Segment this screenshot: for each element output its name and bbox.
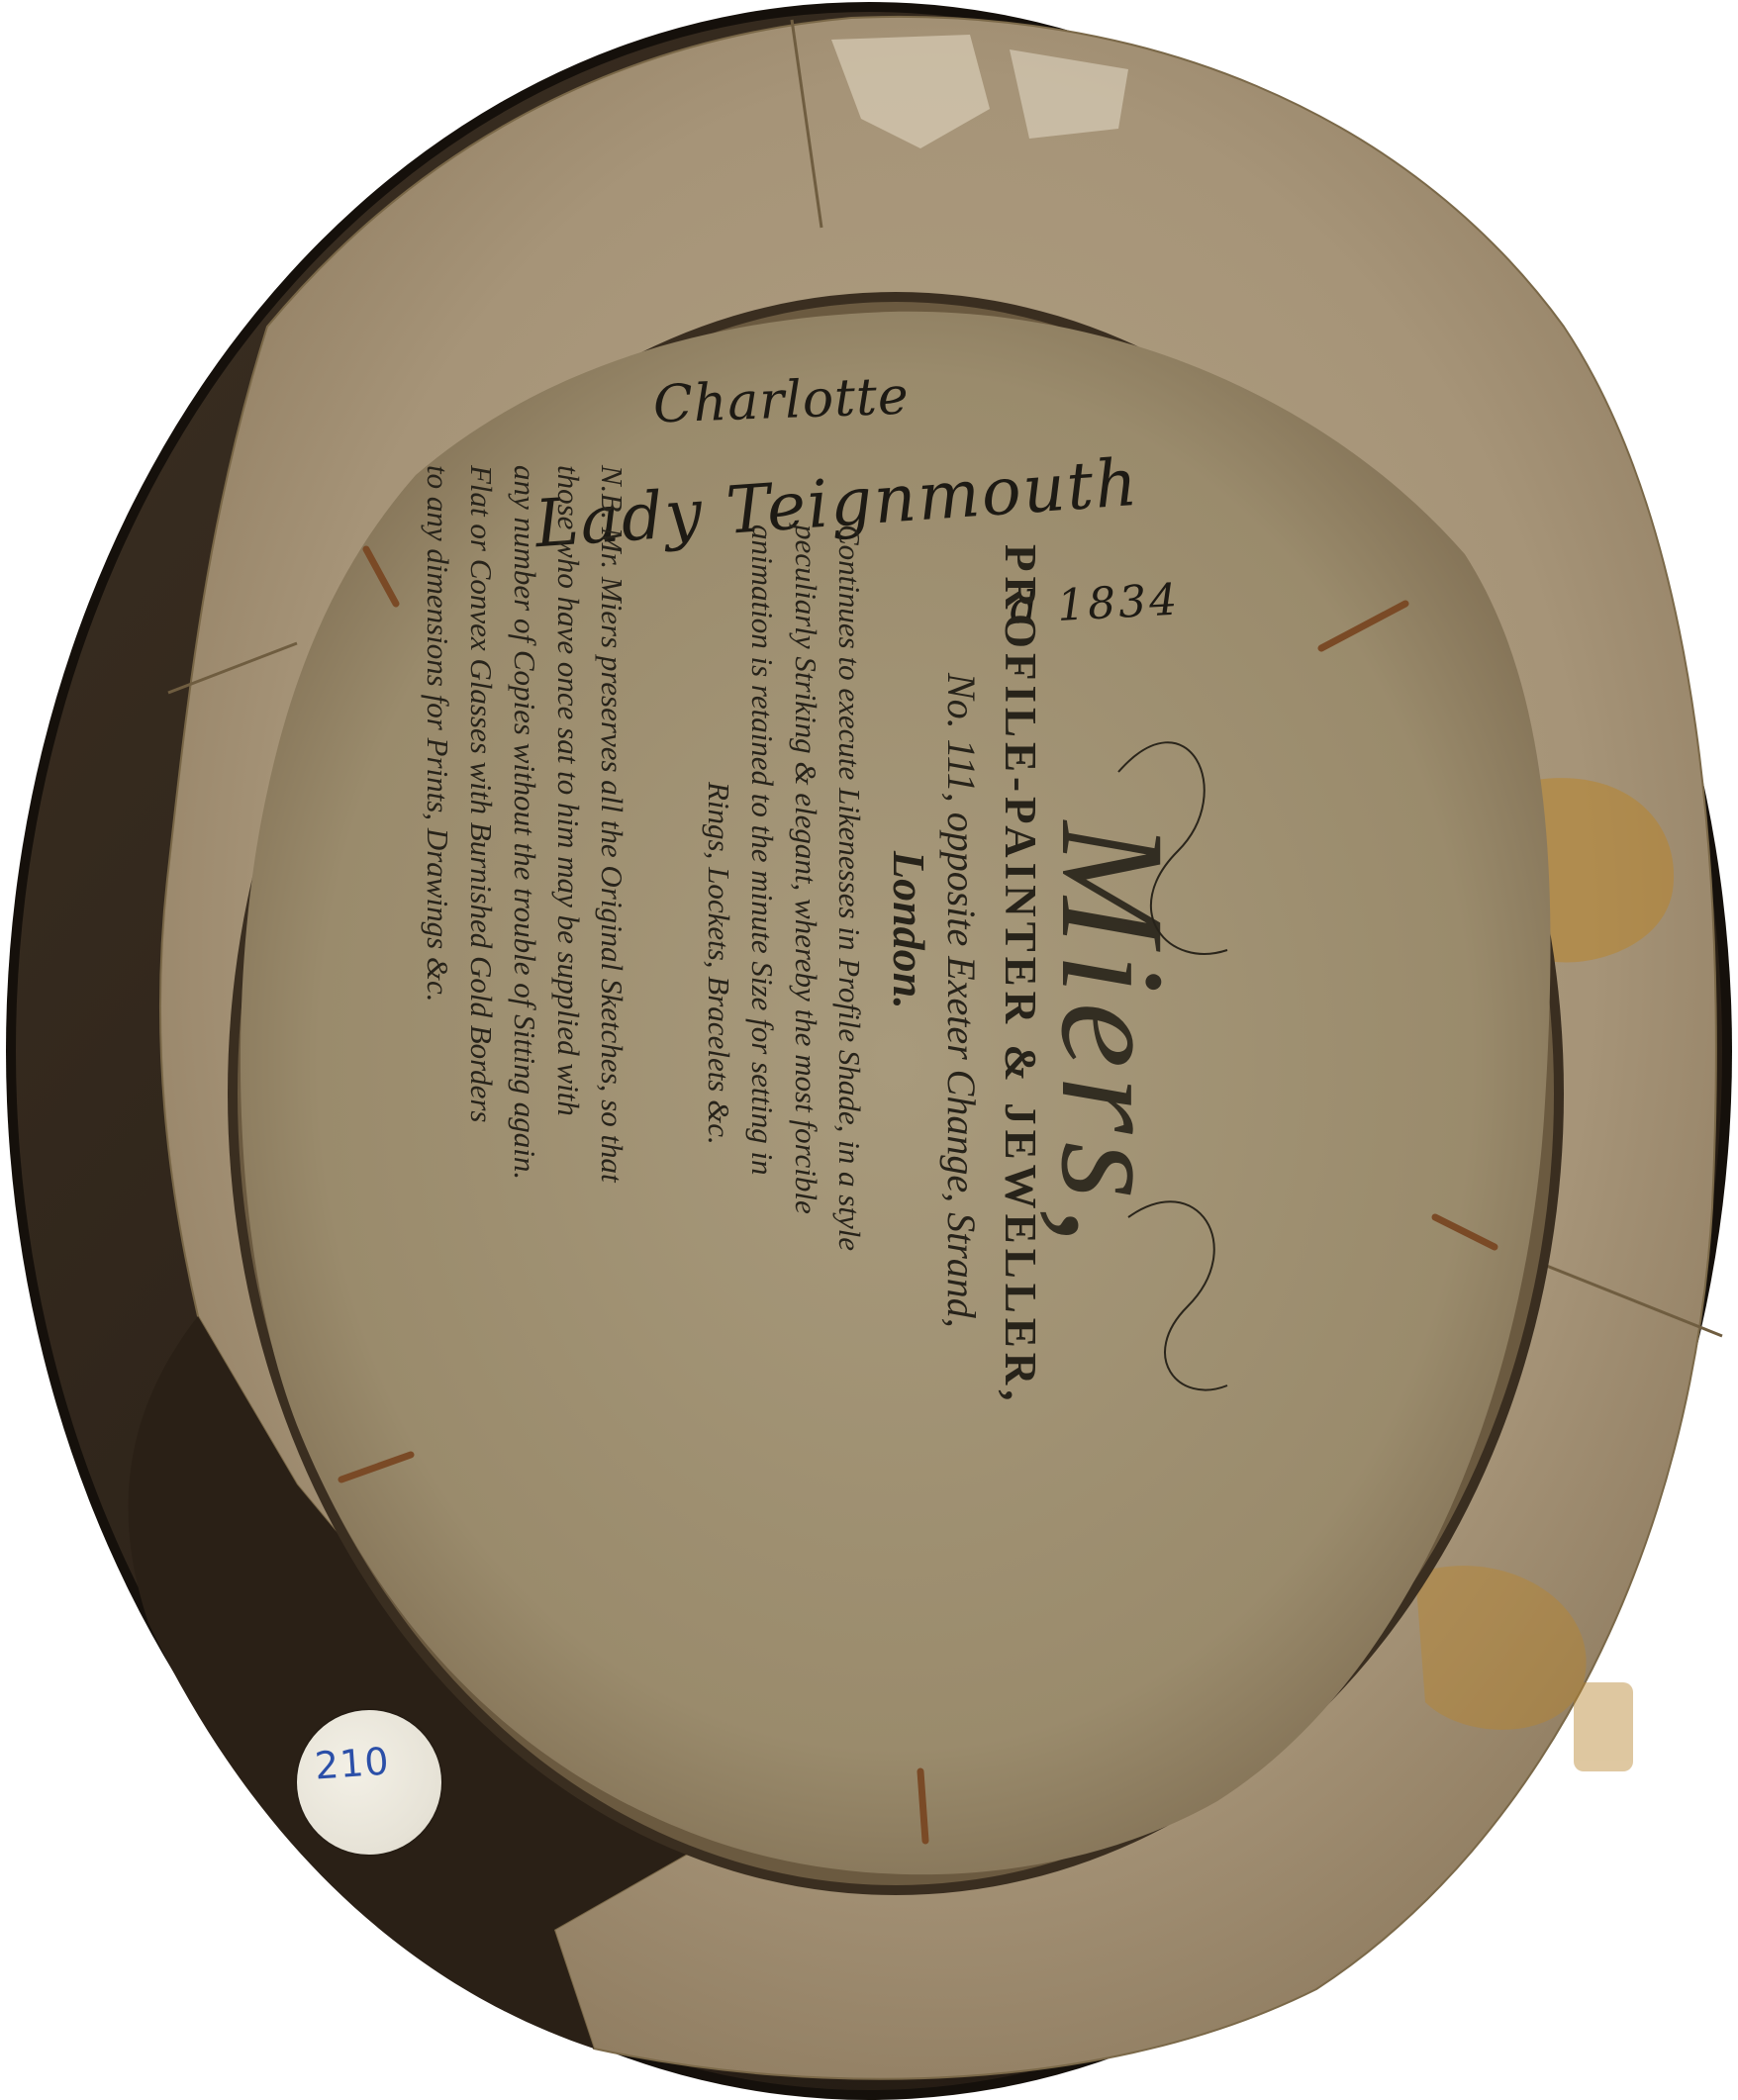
label-note-line: Flat or Convex Glasses with Burnished Go… [459,465,503,1603]
inventory-sticker: 210 [297,1710,441,1855]
inscription-name: Charlotte [652,367,911,435]
maker-address: No. 111, opposite Exeter Change, Strand, [938,673,985,1328]
photo-stage: Charlotte Lady Teignmouth d 1834 Miers, … [0,0,1738,2100]
label-note-line: N.B. Mr. Miers preserves all the Origina… [590,465,633,1603]
label-note: N.B. Mr. Miers preserves all the Origina… [416,465,633,1603]
label-body: Continues to execute Likenesses in Profi… [697,525,871,1564]
label-body-line: peculiarly Striking & elegant, whereby t… [784,525,827,1564]
label-body-line: Rings, Lockets, Bracelets &c. [697,525,740,1564]
trade-label: Miers, PROFILE-PAINTER & JEWELLER, No. 1… [658,525,1173,1514]
label-body-line: Continues to execute Likenesses in Profi… [827,525,871,1564]
inventory-number: 210 [314,1739,391,1787]
maker-trade: PROFILE-PAINTER & JEWELLER, [995,544,1046,1406]
label-note-line: those who have once sat to him may be su… [546,465,590,1603]
label-note-line: to any dimensions for Prints, Drawings &… [416,465,459,1603]
label-note-line: any number of Copies without the trouble… [503,465,546,1603]
label-body-line: animation is retained to the minute Size… [740,525,784,1564]
maker-city: London. [883,851,935,1009]
maker-name: Miers, [1027,821,1198,1252]
